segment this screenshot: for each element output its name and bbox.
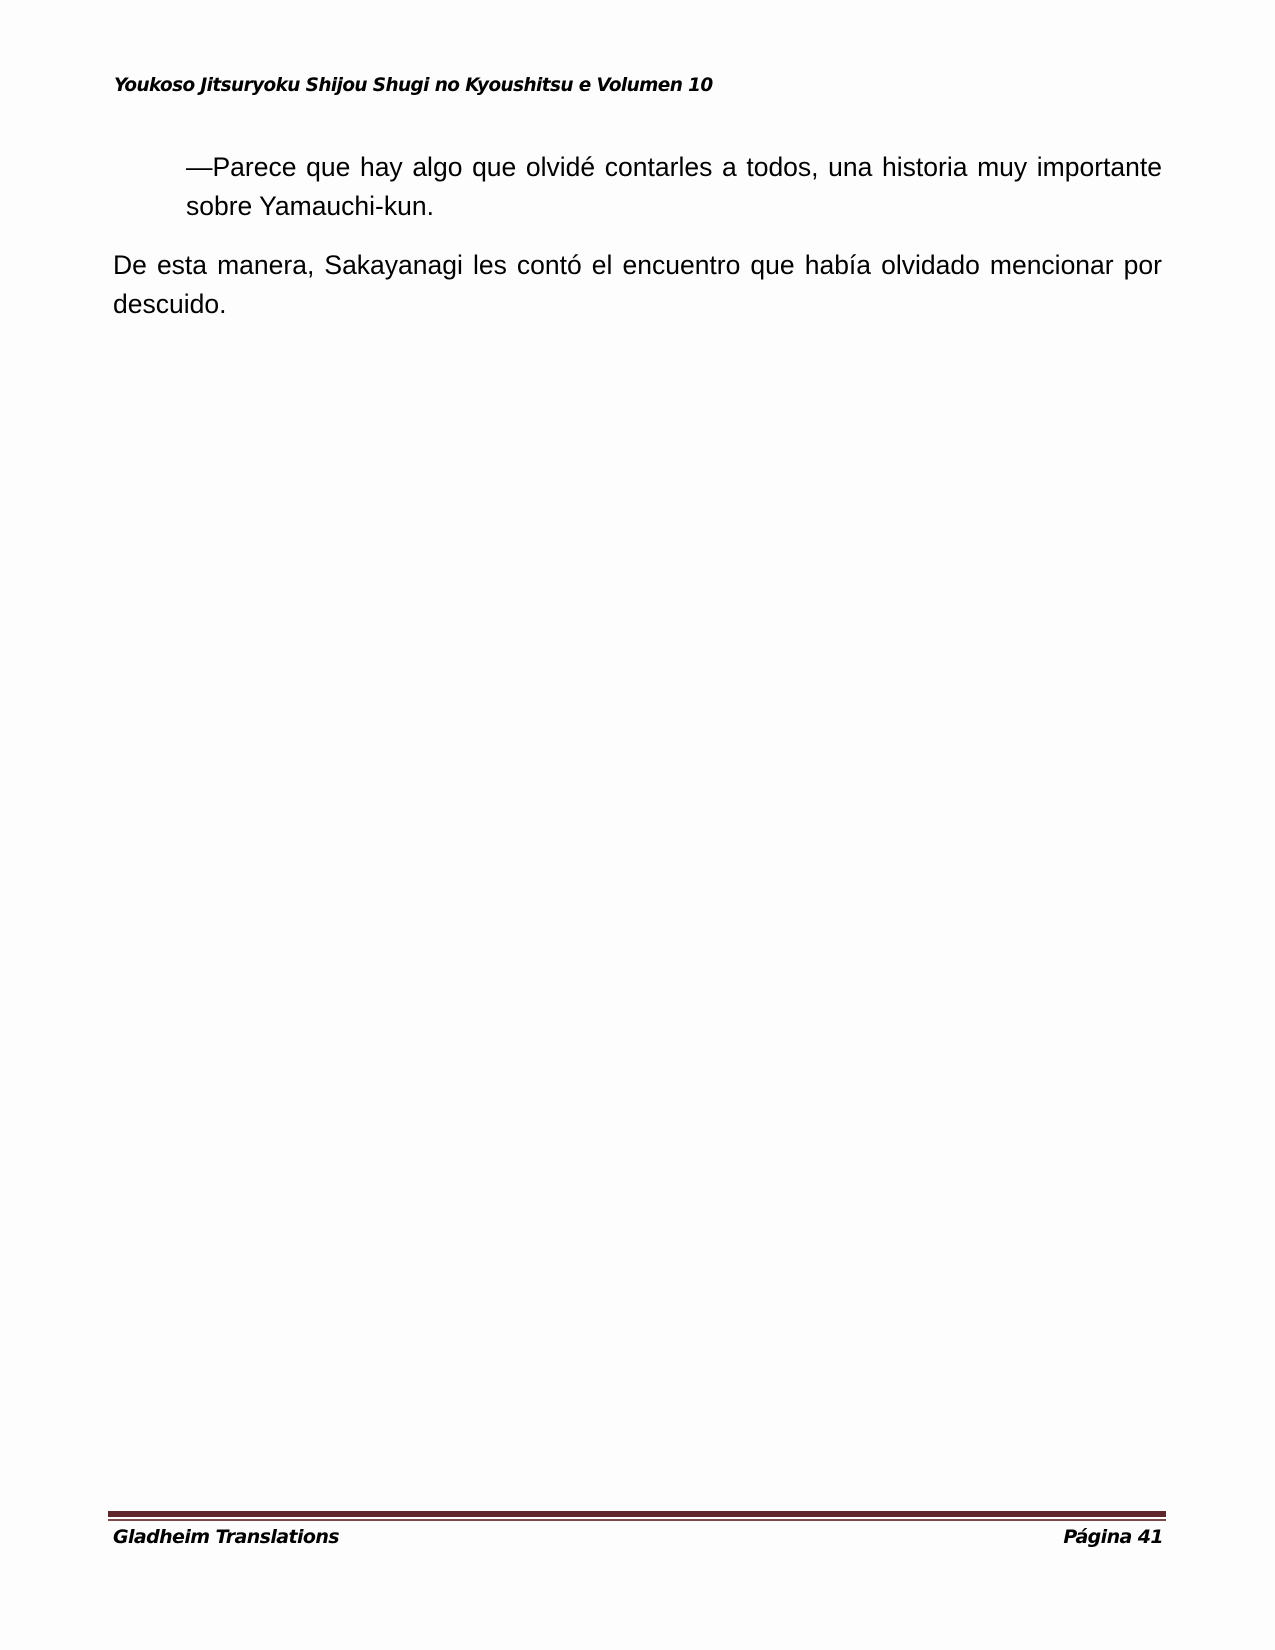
footer-page-number: Página 41 (1063, 1526, 1163, 1548)
dialogue-text: —Parece que hay algo que olvidé contarle… (186, 148, 1162, 226)
footer-publisher: Gladheim Translations (113, 1526, 339, 1548)
running-header-title: Youkoso Jitsuryoku Shijou Shugi no Kyous… (114, 74, 713, 96)
footer-divider-thin (108, 1519, 1166, 1521)
narration-paragraph: De esta manera, Sakayanagi les contó el … (113, 246, 1162, 324)
dialogue-paragraph: —Parece que hay algo que olvidé contarle… (186, 148, 1162, 226)
footer-divider-thick (108, 1511, 1166, 1517)
narration-text: De esta manera, Sakayanagi les contó el … (113, 246, 1162, 324)
